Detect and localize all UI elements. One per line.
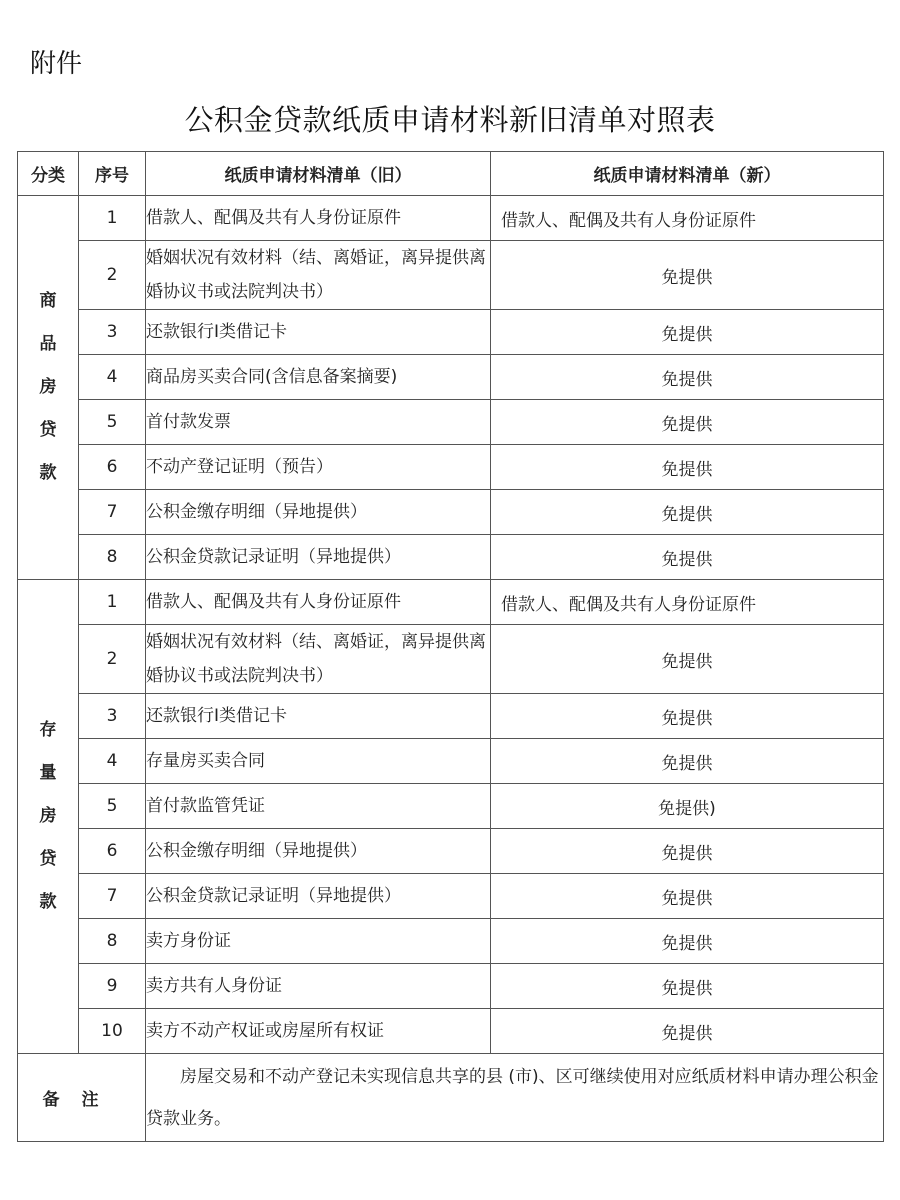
header-category: 分类 <box>18 152 79 196</box>
table-row: 7 公积金缴存明细（异地提供） 免提供 <box>18 490 884 535</box>
new-material: 免提供 <box>491 829 884 874</box>
table-row: 3 还款银行Ⅰ类借记卡 免提供 <box>18 694 884 739</box>
row-number: 5 <box>79 400 146 445</box>
table-row: 8 公积金贷款记录证明（异地提供） 免提供 <box>18 535 884 580</box>
category-char: 款 <box>18 881 78 924</box>
table-row: 存 量 房 贷 款 1 借款人、配偶及共有人身份证原件 借款人、配偶及共有人身份… <box>18 580 884 625</box>
header-number: 序号 <box>79 152 146 196</box>
row-number: 6 <box>79 829 146 874</box>
comparison-table: 分类 序号 纸质申请材料清单（旧） 纸质申请材料清单（新） 商 品 房 贷 款 … <box>17 151 884 1142</box>
new-material: 借款人、配偶及共有人身份证原件 <box>491 580 884 625</box>
row-number: 3 <box>79 694 146 739</box>
new-material: 免提供 <box>491 490 884 535</box>
new-material: 免提供 <box>491 919 884 964</box>
new-material: 免提供 <box>491 1009 884 1054</box>
table-row: 4 商品房买卖合同(含信息备案摘要) 免提供 <box>18 355 884 400</box>
old-material: 借款人、配偶及共有人身份证原件 <box>146 196 491 241</box>
new-material: 免提供 <box>491 694 884 739</box>
category-char: 品 <box>18 323 78 366</box>
table-row: 5 首付款发票 免提供 <box>18 400 884 445</box>
table-row: 7 公积金贷款记录证明（异地提供） 免提供 <box>18 874 884 919</box>
new-material: 免提供 <box>491 625 884 694</box>
table-row: 10 卖方不动产权证或房屋所有权证 免提供 <box>18 1009 884 1054</box>
row-number: 7 <box>79 490 146 535</box>
row-number: 6 <box>79 445 146 490</box>
new-material: 免提供 <box>491 241 884 310</box>
new-material: 免提供 <box>491 310 884 355</box>
new-material: 借款人、配偶及共有人身份证原件 <box>491 196 884 241</box>
row-number: 2 <box>79 625 146 694</box>
old-material: 公积金缴存明细（异地提供） <box>146 490 491 535</box>
category-char: 贷 <box>18 409 78 452</box>
old-material: 首付款监管凭证 <box>146 784 491 829</box>
new-material: 免提供 <box>491 739 884 784</box>
document-title: 公积金贷款纸质申请材料新旧清单对照表 <box>0 100 900 140</box>
old-material: 存量房买卖合同 <box>146 739 491 784</box>
category-char: 房 <box>18 795 78 838</box>
row-number: 1 <box>79 580 146 625</box>
table-row: 5 首付款监管凭证 免提供) <box>18 784 884 829</box>
table-header-row: 分类 序号 纸质申请材料清单（旧） 纸质申请材料清单（新） <box>18 152 884 196</box>
remark-label: 备注 <box>18 1054 146 1142</box>
category-char: 存 <box>18 709 78 752</box>
new-material: 免提供 <box>491 445 884 490</box>
category-cell-existing: 存 量 房 贷 款 <box>18 580 79 1054</box>
remark-text: 房屋交易和不动产登记未实现信息共享的县 (市)、区可继续使用对应纸质材料申请办理… <box>146 1054 884 1142</box>
category-char: 贷 <box>18 838 78 881</box>
new-material: 免提供 <box>491 400 884 445</box>
table-row: 4 存量房买卖合同 免提供 <box>18 739 884 784</box>
old-material: 公积金缴存明细（异地提供） <box>146 829 491 874</box>
row-number: 4 <box>79 355 146 400</box>
row-number: 1 <box>79 196 146 241</box>
category-cell-commercial: 商 品 房 贷 款 <box>18 196 79 580</box>
header-old-list: 纸质申请材料清单（旧） <box>146 152 491 196</box>
new-material: 免提供 <box>491 874 884 919</box>
table-row: 3 还款银行Ⅰ类借记卡 免提供 <box>18 310 884 355</box>
header-new-list: 纸质申请材料清单（新） <box>491 152 884 196</box>
new-material: 免提供 <box>491 535 884 580</box>
old-material: 婚姻状况有效材料（结、离婚证，离异提供离婚协议书或法院判决书） <box>146 625 491 694</box>
category-char: 量 <box>18 752 78 795</box>
table-row: 2 婚姻状况有效材料（结、离婚证，离异提供离婚协议书或法院判决书） 免提供 <box>18 241 884 310</box>
row-number: 2 <box>79 241 146 310</box>
old-material: 卖方身份证 <box>146 919 491 964</box>
category-char: 款 <box>18 452 78 495</box>
old-material: 卖方不动产权证或房屋所有权证 <box>146 1009 491 1054</box>
old-material: 还款银行Ⅰ类借记卡 <box>146 310 491 355</box>
table-row: 2 婚姻状况有效材料（结、离婚证，离异提供离婚协议书或法院判决书） 免提供 <box>18 625 884 694</box>
row-number: 8 <box>79 919 146 964</box>
table-row: 商 品 房 贷 款 1 借款人、配偶及共有人身份证原件 借款人、配偶及共有人身份… <box>18 196 884 241</box>
row-number: 3 <box>79 310 146 355</box>
new-material: 免提供) <box>491 784 884 829</box>
row-number: 9 <box>79 964 146 1009</box>
old-material: 借款人、配偶及共有人身份证原件 <box>146 580 491 625</box>
row-number: 7 <box>79 874 146 919</box>
old-material: 还款银行Ⅰ类借记卡 <box>146 694 491 739</box>
old-material: 商品房买卖合同(含信息备案摘要) <box>146 355 491 400</box>
old-material: 婚姻状况有效材料（结、离婚证，离异提供离婚协议书或法院判决书） <box>146 241 491 310</box>
attachment-label: 附件 <box>30 44 82 84</box>
row-number: 4 <box>79 739 146 784</box>
row-number: 5 <box>79 784 146 829</box>
table-row: 6 不动产登记证明（预告） 免提供 <box>18 445 884 490</box>
old-material: 不动产登记证明（预告） <box>146 445 491 490</box>
table-row: 6 公积金缴存明细（异地提供） 免提供 <box>18 829 884 874</box>
old-material: 首付款发票 <box>146 400 491 445</box>
new-material: 免提供 <box>491 964 884 1009</box>
category-char: 商 <box>18 280 78 323</box>
remark-row: 备注 房屋交易和不动产登记未实现信息共享的县 (市)、区可继续使用对应纸质材料申… <box>18 1054 884 1142</box>
table-row: 8 卖方身份证 免提供 <box>18 919 884 964</box>
category-char: 房 <box>18 366 78 409</box>
table-row: 9 卖方共有人身份证 免提供 <box>18 964 884 1009</box>
old-material: 公积金贷款记录证明（异地提供） <box>146 874 491 919</box>
new-material: 免提供 <box>491 355 884 400</box>
row-number: 8 <box>79 535 146 580</box>
row-number: 10 <box>79 1009 146 1054</box>
old-material: 卖方共有人身份证 <box>146 964 491 1009</box>
old-material: 公积金贷款记录证明（异地提供） <box>146 535 491 580</box>
